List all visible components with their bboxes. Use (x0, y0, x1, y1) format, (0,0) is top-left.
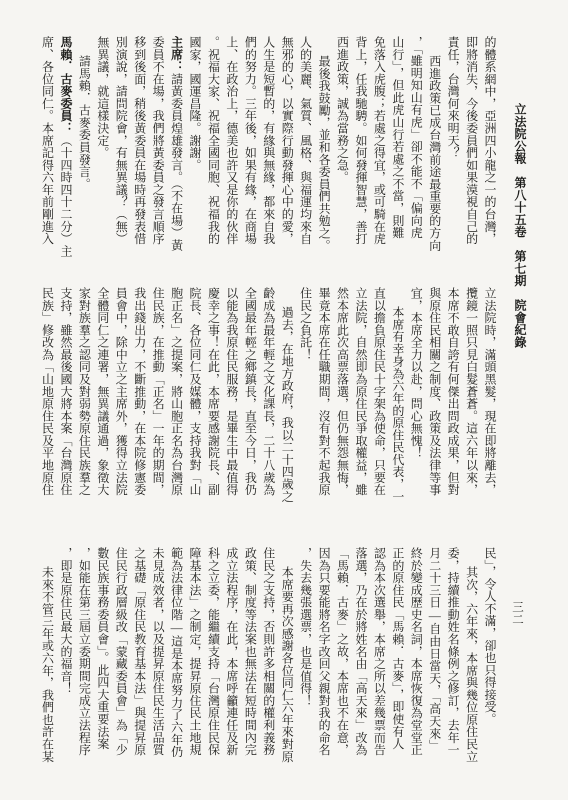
text-column: 上、在政治上，德美也許又是你的伙伴 (222, 36, 240, 250)
text-column: 與原住民相關之制度、政策及法律等事 (425, 287, 443, 501)
text-column: 人生是短暫的，有緣與無緣，都來自我 (259, 36, 277, 250)
text-column: 認為本次選舉，本席之所以差幾票而告 (370, 547, 388, 761)
text-column: 住民之支持，否則許多相關的權利義務 (259, 547, 277, 761)
text-column: 主席：請黃委員煌雄發言。（不在場）黃 (167, 36, 185, 250)
text-column: 委員不在場，我們將黃委員之發言順序 (149, 36, 167, 250)
text-column: 因為只要能將名字改回父親對我的命名 (315, 547, 333, 761)
text-column: 責任，台灣何來明天？ (444, 36, 462, 250)
text-column: 月二十三日—自由日當天，「高天來」 (425, 547, 443, 761)
text-column: 民」，令人不滿，卻也只得接受。 (481, 547, 499, 761)
text-column: 人的美麗、氣質、風格、與福運均來自 (296, 36, 314, 250)
text-column: 最後我鼓勵，並和各委員們共勉之。 (315, 36, 333, 250)
text-column: 「馬賴．古麥」之故，本席也不在意， (333, 547, 351, 761)
text-column: 政策、制度等法案也無法在短時間內完 (241, 547, 259, 761)
text-column: 家對族羣之認同及對弱勢原住民族羣之 (75, 287, 93, 501)
text-column: 以能為我原住民服務，是畢生中最值得 (222, 287, 240, 501)
text-column: 的體系網中，亞洲四小龍之一的台灣， (481, 36, 499, 250)
text-column: 全體同仁之連署，無異議通過，象徵大 (93, 287, 111, 501)
text-column: 委，持續推動姓名條例之修訂，去年一 (444, 547, 462, 761)
text-column: 立法院，自然即為原住民爭取權益，雖 (352, 287, 370, 501)
text-column: 其次，六年來，本席與幾位原住民立 (462, 547, 480, 761)
bottom-register: 民」，令人不滿，卻也只得接受。其次，六年來，本席與幾位原住民立委，持續推動姓名條… (38, 547, 499, 761)
top-lower-register: 立法院時，滿頭黑髮，現在即將離去，攬鏡一照只見白髮蒼蒼。這六年以來，本席不敢自誇… (38, 287, 499, 501)
text-column: 們的努力。三年後，如果有緣，在商場 (241, 36, 259, 250)
text-column: 未見成效者，以及提昇原住民生活品質 (149, 547, 167, 761)
text-column: 免落入虎腹；若處之得宜，或可騎在虎 (370, 36, 388, 250)
text-column: 住民行政層級改「蒙藏委員會」為「少 (112, 547, 130, 761)
text-column: 國家，國運昌隆。謝謝。 (186, 36, 204, 250)
text-column: 範為法律位階—這是本席努力了六年仍 (167, 547, 185, 761)
text-column: 背上，任我馳騁。如何發揮智慧，善打 (352, 36, 370, 250)
text-column: 西進政策已成台灣前途最重要的方向 (425, 36, 443, 250)
text-column: 攬鏡一照只見白髮蒼蒼。這六年以來， (462, 287, 480, 501)
text-column: 慶幸之事！在此，本席要感謝院長、副 (204, 287, 222, 501)
text-column: 本席不敢自誇有何傑出問政成果，但對 (444, 287, 462, 501)
speaker-name: 馬賴．古麥委員： (59, 36, 73, 134)
page-number: 三二 (508, 601, 525, 641)
text-column: 過去，在地方政府，我以二十四歲之 (278, 287, 296, 501)
running-header: 立法院公報 第八十五卷 第七期 院會紀錄 (511, 103, 528, 355)
text-column: 民族」修改為「山地原住民及平地原住 (38, 287, 56, 501)
text-column: 住民族，在推動「正名」一年的期間， (149, 287, 167, 501)
text-column: 障基本法」之制定，提昇原住民土地規 (186, 547, 204, 761)
text-column: 本席要再次感謝各位同仁六年來對原 (278, 547, 296, 761)
text-column: 科之立委，能繼續支持「台灣原住民保 (204, 547, 222, 761)
text-column: 請馬賴．古麥委員發言。 (75, 36, 93, 250)
text-column: 胞正名」之提案，將山胞正名為台灣原 (167, 287, 185, 501)
text-column: 別演說，請問院會，有無異議？（無） (112, 36, 130, 250)
text-column: 即將消失，今後委員們如果漠視自己的 (462, 36, 480, 250)
text-column: 席、各位同仁。本席記得六年前剛進入 (38, 36, 56, 250)
speaker-name: 主席： (170, 36, 184, 73)
text-column: 落選，乃在於將姓名由「高天來」改為 (352, 547, 370, 761)
text-column: 馬賴．古麥委員：（十四時四十二分）主 (57, 36, 75, 250)
top-upper-register: 的體系網中，亞洲四小龍之一的台灣，即將消失，今後委員們如果漠視自己的責任，台灣何… (38, 36, 499, 250)
text-column: 然本席此次高票落選，但仍無怨無悔， (333, 287, 351, 501)
text-column: 成立法程序，在此，本席呼籲連任及新 (222, 547, 240, 761)
text-column: 無邪的心，以實際行動發揮心中的愛， (278, 36, 296, 250)
text-column: 我出錢出力，不斷推動，在本院修憲委 (130, 287, 148, 501)
gazette-page: 立法院公報 第八十五卷 第七期 院會紀錄 的體系網中，亞洲四小龍之一的台灣，即將… (0, 0, 568, 800)
text-column: 未來不管三年或六年，我們也許在某 (38, 547, 56, 761)
text-column: 之基礎「原住民教育基本法」與提昇原 (130, 547, 148, 761)
text-column: ，失去幾張選票，也是值得！ (296, 547, 314, 761)
text-column: 立法院時，滿頭黑髮，現在即將離去， (481, 287, 499, 501)
text-column: 直以擔負原住民十字架為使命，只要在 (370, 287, 388, 501)
text-column: 移到後面，稍後黃委員在場時再發表惜 (130, 36, 148, 250)
text-column: 員會中，除中立之主席外，獲得立法院 (112, 287, 130, 501)
text-column: 本席有幸身為六年的原住民代表，一 (388, 287, 406, 501)
text-column: 住民之負託！ (296, 287, 314, 501)
text-column: 。祝福大家、祝福全國同胞、祝福我的 (204, 36, 222, 250)
text-column: 院長、各位同仁及媒體，支持我對「山 (186, 287, 204, 501)
text-column: 終於變成歷史名詞，本席恢復為堂堂正 (407, 547, 425, 761)
text-column: 宜，本席全力以赴，問心無愧！ (407, 287, 425, 501)
text-column: ，如能在第三屆立委期間完成立法程序 (75, 547, 93, 761)
text-column: 無異議，就這樣決定。 (93, 36, 111, 250)
text-column: 畢竟本席在任職期間，沒有對不起我原 (315, 287, 333, 501)
text-column: 支持，雖然最後國大將本案「台灣原住 (57, 287, 75, 501)
text-column: 數民族事務委員會」。此四大重要法案 (93, 547, 111, 761)
text-column: 正的原住民「馬賴．古麥」，即使有人 (388, 547, 406, 761)
text-column: ，「雖明知山有虎」卻不能不「偏向虎 (407, 36, 425, 250)
text-column: 西進政策，誠為當務之急。 (333, 36, 351, 250)
text-column: 山行」，但此虎山行若處之不當，則難 (388, 36, 406, 250)
text-column: 齡成為最年輕之文化課長，二十八歲為 (259, 287, 277, 501)
text-column: 全國最年輕之鄉鎮長，直至今日，我仍 (241, 287, 259, 501)
text-column: ，即是原住民最大的福音！ (57, 547, 75, 761)
